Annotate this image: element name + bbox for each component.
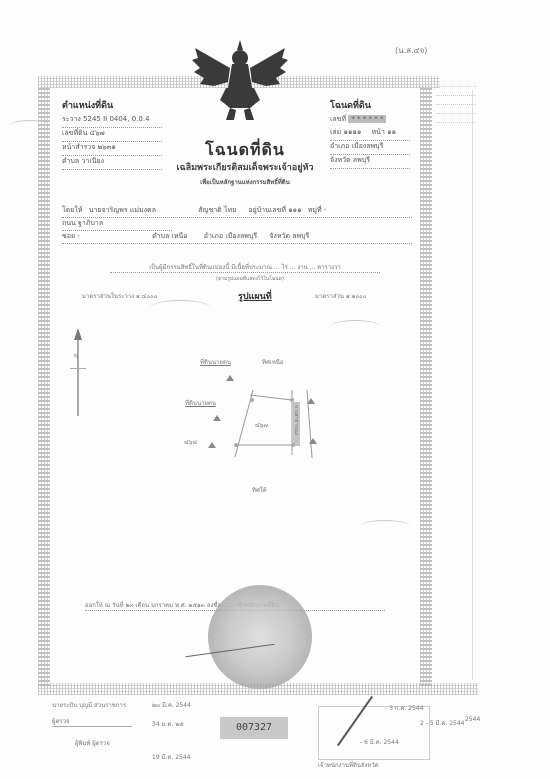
serial-number: 007327 xyxy=(220,717,288,739)
field-parcel-number: เลขที่ดิน ๔๖๗ xyxy=(62,128,162,142)
map-label: รูปแผนที่ xyxy=(238,289,272,303)
margin-notes xyxy=(436,78,476,123)
field-district: อำเภอ เมืองลพบุรี xyxy=(330,141,410,155)
field-subdistrict: ตำบล วาเนียง xyxy=(62,156,162,170)
svg-text:N: N xyxy=(74,353,79,360)
header-right-heading: โฉนดที่ดิน xyxy=(330,98,371,112)
north-arrow-icon: N xyxy=(68,328,88,418)
scale-left: มาตราส่วนในระวาง ๑:๔๐๐๐ xyxy=(82,291,157,301)
official-seal xyxy=(208,585,312,689)
footer-right-stamp-box xyxy=(318,706,430,760)
footer-date-2: 34 ม.ค. ๒๕ xyxy=(152,719,184,729)
paper-mark xyxy=(10,120,50,131)
map-label-road: ทางสาธารณะ xyxy=(292,405,300,435)
owner-line-3: ซอย - ตำบล เหนือ อำเภอ เมืองลพบุรี จังหว… xyxy=(62,231,412,244)
footer-right-line-2: 2 - 5 มี.ค. 2544 xyxy=(420,718,464,728)
field-book: เล่ม ๑๑๑๑ หน้า ๑๑ xyxy=(330,127,410,141)
footer-date-1: ๒๓ มี.ค. 2544 xyxy=(152,700,191,710)
owner-line-1: โดยให้ นายจาริญพร แม่มงคล สัญชาติ ไทย อย… xyxy=(62,205,412,218)
footer-date-3: 19 มี.ค. 2544 xyxy=(152,752,191,762)
border-right xyxy=(420,86,432,686)
outer-edge-line xyxy=(472,90,473,680)
footer-right-year: 2544 xyxy=(465,716,480,723)
map-label-south: ทิศใต้ xyxy=(252,485,267,495)
parcel-map xyxy=(180,350,340,480)
field-province: จังหวัด ลพบุรี xyxy=(330,155,410,169)
map-label-west-neighbor: ที่ดินนายดน xyxy=(185,398,216,408)
area-note: (ตามรูปแผนที่แสดงไว้ในโฉนด) xyxy=(180,275,320,283)
footer-right-line-1: - 3 ก.ค. 2544 xyxy=(385,703,423,713)
paper-mark xyxy=(360,520,410,533)
paper-mark xyxy=(150,300,210,315)
header-left-fields: ระวาง 5245 II 0404, 0.0.4 เลขที่ดิน ๔๖๗ … xyxy=(62,114,162,170)
owner-line-2: ถนน ฐาภิบาล xyxy=(62,218,172,231)
footer-right-line-4: เจ้าพนักงานที่ดินจังหวัด xyxy=(318,760,379,770)
footer-left-line-3: ผู้พิมพ์ ผู้ตรวจ xyxy=(75,738,110,748)
field-survey-page: หน้าสำรวจ ๒๖๓๑ xyxy=(62,142,162,156)
field-sheet: ระวาง 5245 II 0404, 0.0.4 xyxy=(62,114,162,128)
footer-left-line-1: นายระบิน บุญมี ส่วนราชการ xyxy=(52,700,126,710)
map-label-west-parcel: ๔๖๘ xyxy=(184,437,197,447)
footer-left-line-2: ผู้ตรวจ xyxy=(52,716,132,727)
map-label-parcel: ๔๖๗ xyxy=(255,420,268,430)
document-page: (น.ส.๔จ) ตำแหน่งที่ดิน ระวาง 5245 II 040… xyxy=(0,0,550,779)
map-label-north: ทิศเหนือ xyxy=(262,357,283,367)
border-left xyxy=(38,86,50,686)
map-label-north-neighbor: ที่ดินนายดน xyxy=(200,357,231,367)
area-text: เป็นผู้มีกรรมสิทธิ์ในที่ดินแปลงนี้ มีเนื… xyxy=(110,262,380,273)
scale-right: มาตราส่วน ๑:๑๐๐๐ xyxy=(315,291,366,301)
garuda-emblem-icon xyxy=(190,38,290,124)
header-right-fields: เลขที่ * * * * * * เล่ม ๑๑๑๑ หน้า ๑๑ อำเ… xyxy=(330,114,410,169)
footer-right-line-3: - 6 มี.ค. 2544 xyxy=(360,737,399,747)
owner-block: โดยให้ นายจาริญพร แม่มงคล สัญชาติ ไทย อย… xyxy=(62,205,412,244)
document-subtitle-2: เพื่อเป็นหลักฐานแห่งกรรมสิทธิ์ที่ดิน xyxy=(165,177,325,187)
paper-mark xyxy=(330,320,380,333)
header-left-heading: ตำแหน่งที่ดิน xyxy=(62,98,113,112)
document-subtitle: เฉลิมพระเกียรติสมเด็จพระเจ้าอยู่หัว xyxy=(170,160,320,174)
field-deed-number: เลขที่ * * * * * * xyxy=(330,114,410,127)
page-marker: (น.ส.๔จ) xyxy=(395,44,427,57)
